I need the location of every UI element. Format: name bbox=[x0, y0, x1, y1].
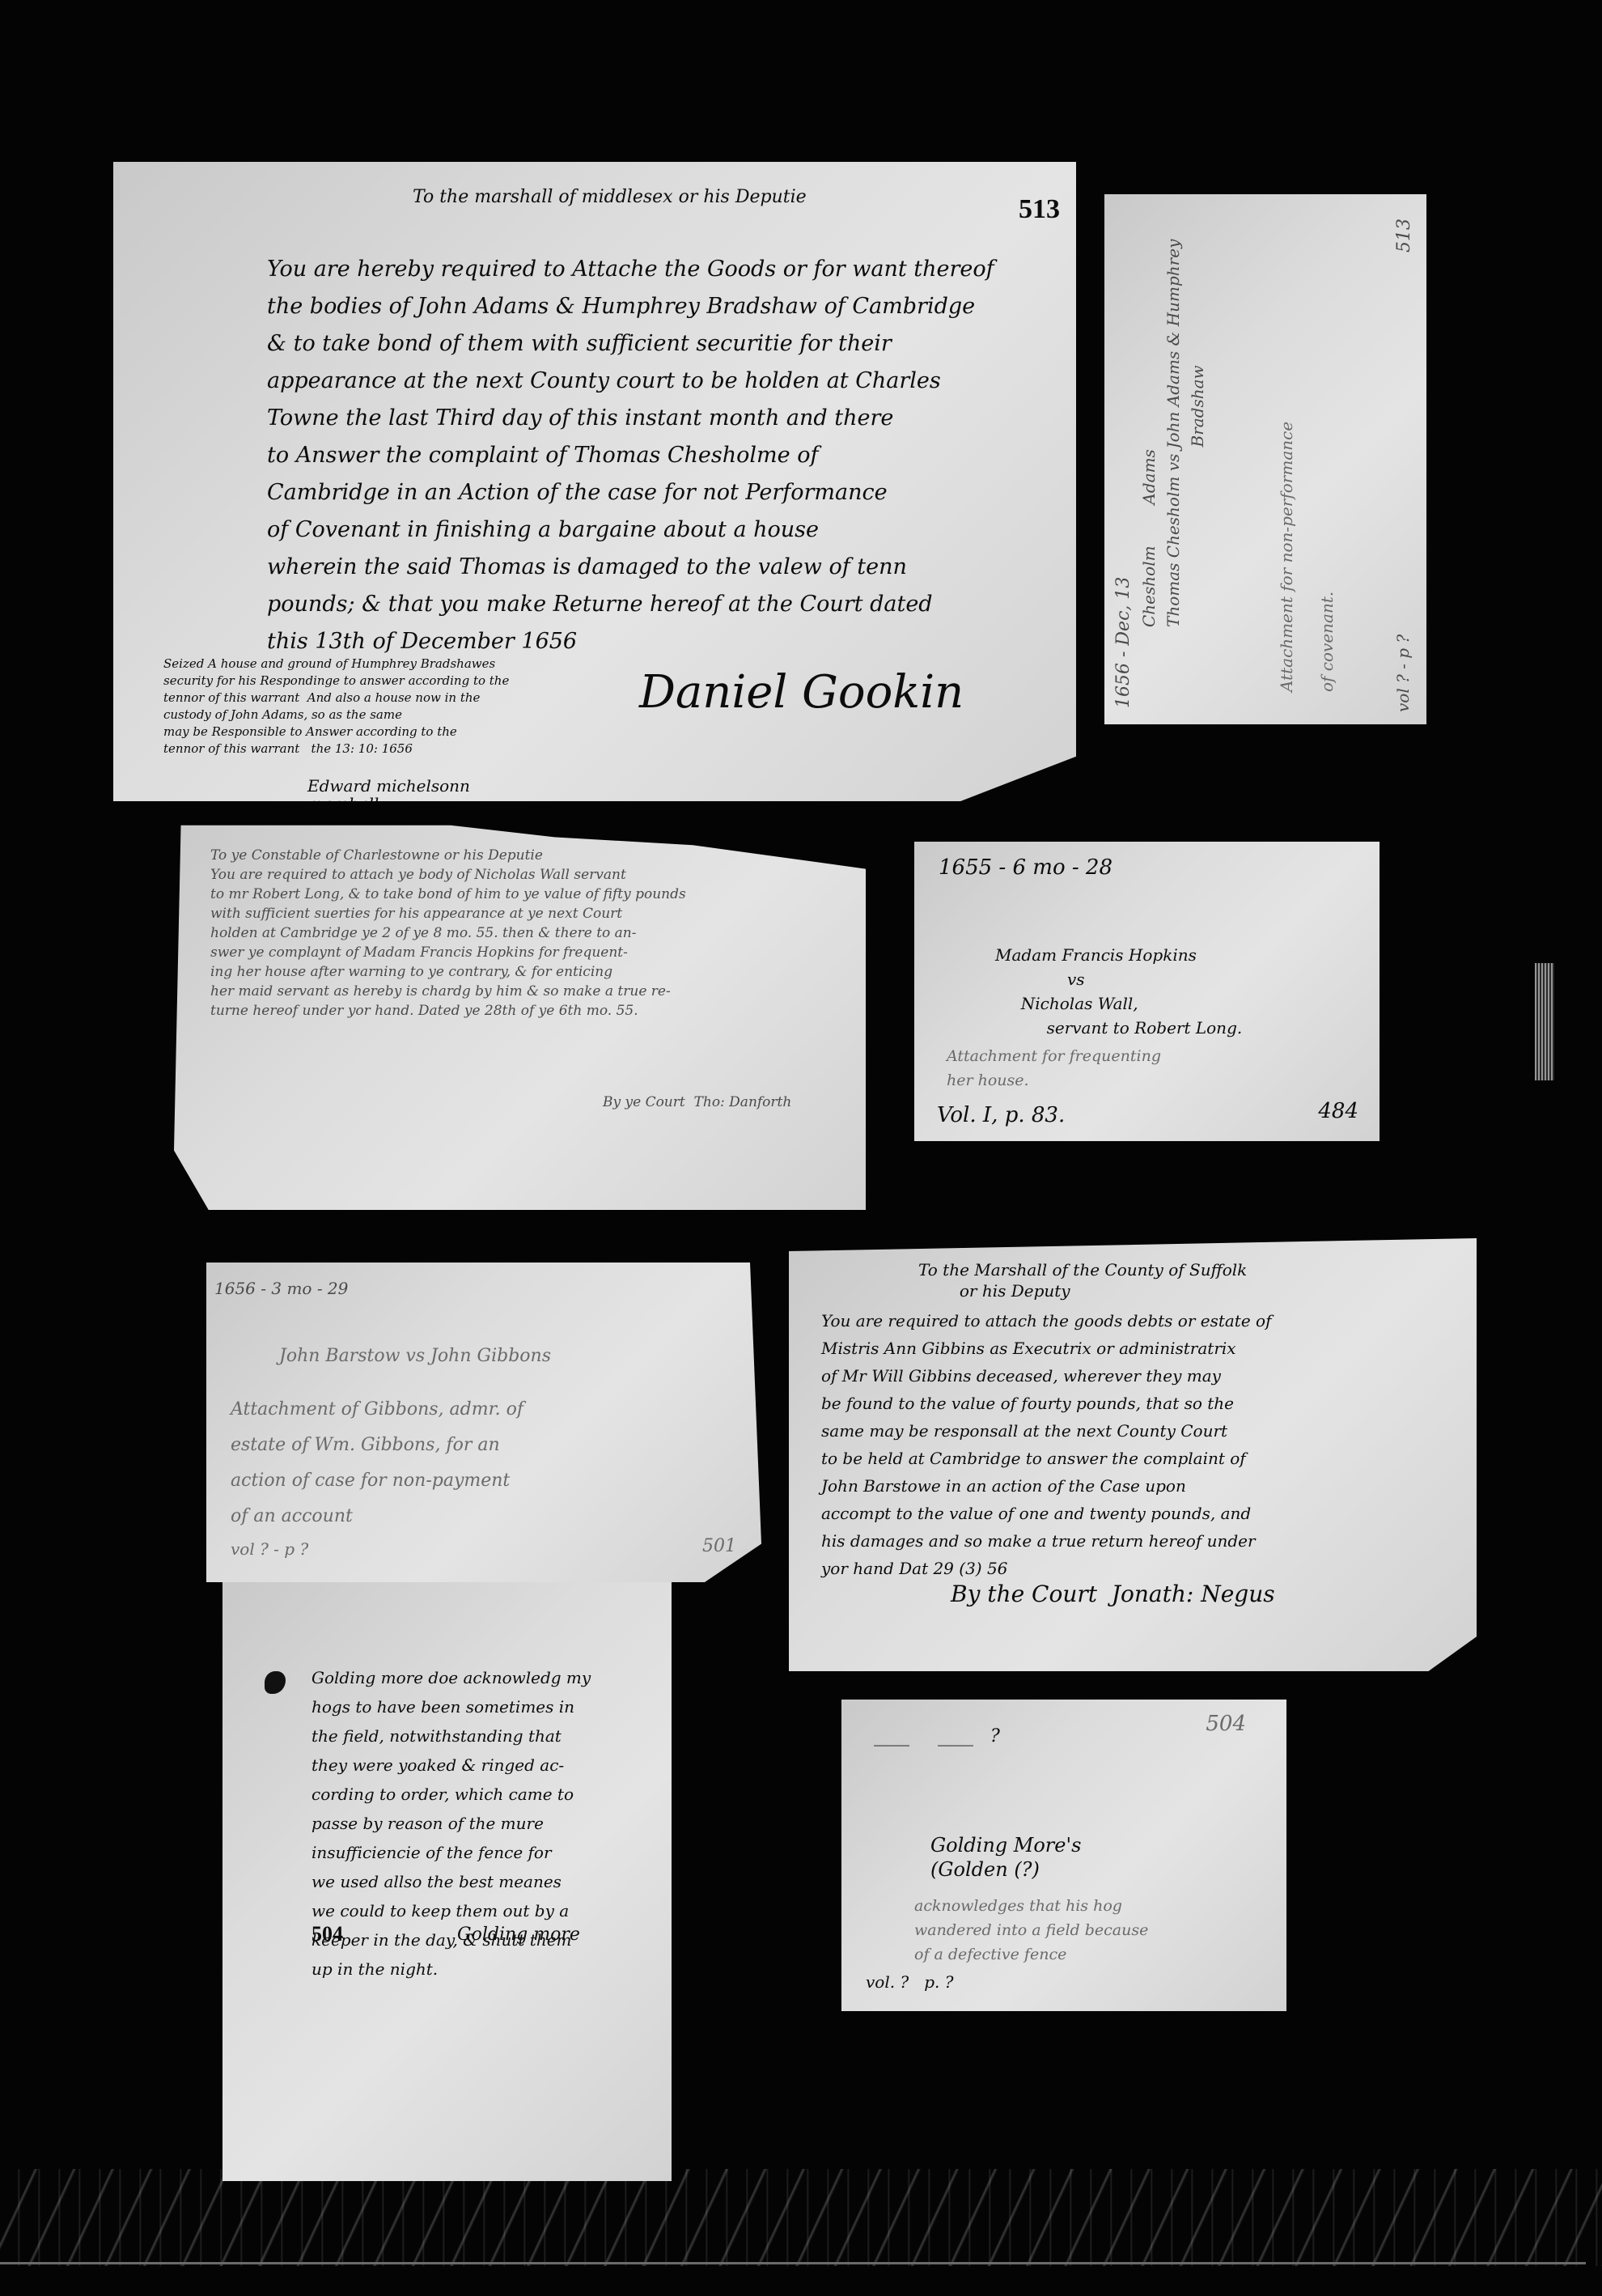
index-card-484: 1655 - 6 mo - 28 Madam Francis Hopkins v… bbox=[914, 842, 1379, 1141]
warrant-charlestown-document: To ye Constable of Charlestowne or his D… bbox=[174, 813, 866, 1210]
card-date: 1656 - Dec, 13 bbox=[1111, 577, 1137, 708]
card-description: Attachment of Gibbons, admr. of estate o… bbox=[231, 1392, 523, 1534]
card-description: acknowledges that his hog wandered into … bbox=[914, 1894, 1148, 1967]
card-date: 1656 - 3 mo - 29 bbox=[214, 1277, 348, 1301]
page-number-stamp: 513 bbox=[1019, 194, 1060, 225]
marshall-signature: Edward michelsonn marshall bbox=[307, 777, 470, 813]
rotated-card-content: 1656 - Dec, 13 Chesholm Adams Thomas Che… bbox=[1104, 194, 1426, 724]
warrant-body-text: To ye Constable of Charlestowne or his D… bbox=[210, 846, 686, 1021]
card-parties: Chesholm Adams Thomas Chesholm vs John A… bbox=[1137, 240, 1210, 627]
magistrate-signature: Daniel Gookin bbox=[639, 660, 964, 725]
card-description: Attachment for frequenting her house. bbox=[947, 1044, 1161, 1093]
card-parties: John Barstow vs John Gibbons bbox=[279, 1343, 551, 1369]
warrant-middlesex-document: To the marshall of middlesex or his Depu… bbox=[113, 162, 1076, 801]
card-page-number: 504 bbox=[1206, 1709, 1246, 1740]
background-scan-edge bbox=[0, 2262, 1586, 2264]
card-volume-reference: vol. ? p. ? bbox=[866, 1971, 954, 1994]
index-card-513: 1656 - Dec, 13 Chesholm Adams Thomas Che… bbox=[1104, 194, 1426, 724]
card-page-number: 484 bbox=[1318, 1097, 1358, 1127]
ink-blot-mark bbox=[265, 1671, 286, 1694]
index-card-501: 1656 - 3 mo - 29 John Barstow vs John Gi… bbox=[206, 1263, 773, 1582]
signatory-signature: Golding more bbox=[457, 1922, 580, 1948]
warrant-address: To the Marshall of the County of Suffolk… bbox=[918, 1259, 1247, 1301]
warrant-body-text: You are hereby required to Attache the G… bbox=[267, 251, 994, 660]
card-page-number: 513 bbox=[1392, 219, 1418, 253]
marshall-return-text: Seized A house and ground of Humphrey Br… bbox=[163, 656, 509, 758]
background-scan-artifacts bbox=[0, 2169, 1602, 2266]
card-description: Attachment for non-performance of covena… bbox=[1266, 422, 1347, 692]
card-page-number: 501 bbox=[702, 1534, 736, 1560]
warrant-body-text: You are required to attach the goods deb… bbox=[821, 1307, 1271, 1582]
acknowledgement-document: Golding more doe acknowledg my hogs to h… bbox=[222, 1582, 672, 2181]
card-volume-reference: vol ? - p ? bbox=[231, 1538, 308, 1561]
card-parties: Madam Francis Hopkins vs Nicholas Wall, … bbox=[995, 943, 1242, 1040]
warrant-address: To the marshall of middlesex or his Depu… bbox=[413, 185, 807, 210]
court-signature: By the Court Jonath: Negus bbox=[951, 1578, 1275, 1611]
background-scan-tab bbox=[1535, 963, 1554, 1080]
card-volume-reference: Vol. I, p. 83. bbox=[937, 1101, 1065, 1131]
card-volume-reference: vol ? - p ? bbox=[1392, 634, 1415, 712]
court-signature: By ye Court Tho: Danforth bbox=[603, 1093, 791, 1113]
card-title: Golding More's (Golden (?) bbox=[930, 1833, 1081, 1882]
page-number-stamp: 504 bbox=[311, 1922, 343, 1946]
index-card-504: ____ ____ ? 504 Golding More's (Golden (… bbox=[841, 1700, 1286, 2011]
warrant-suffolk-document: To the Marshall of the County of Suffolk… bbox=[789, 1238, 1477, 1671]
card-date-blanks: ____ ____ ? bbox=[874, 1724, 1000, 1750]
card-date: 1655 - 6 mo - 28 bbox=[939, 853, 1112, 884]
